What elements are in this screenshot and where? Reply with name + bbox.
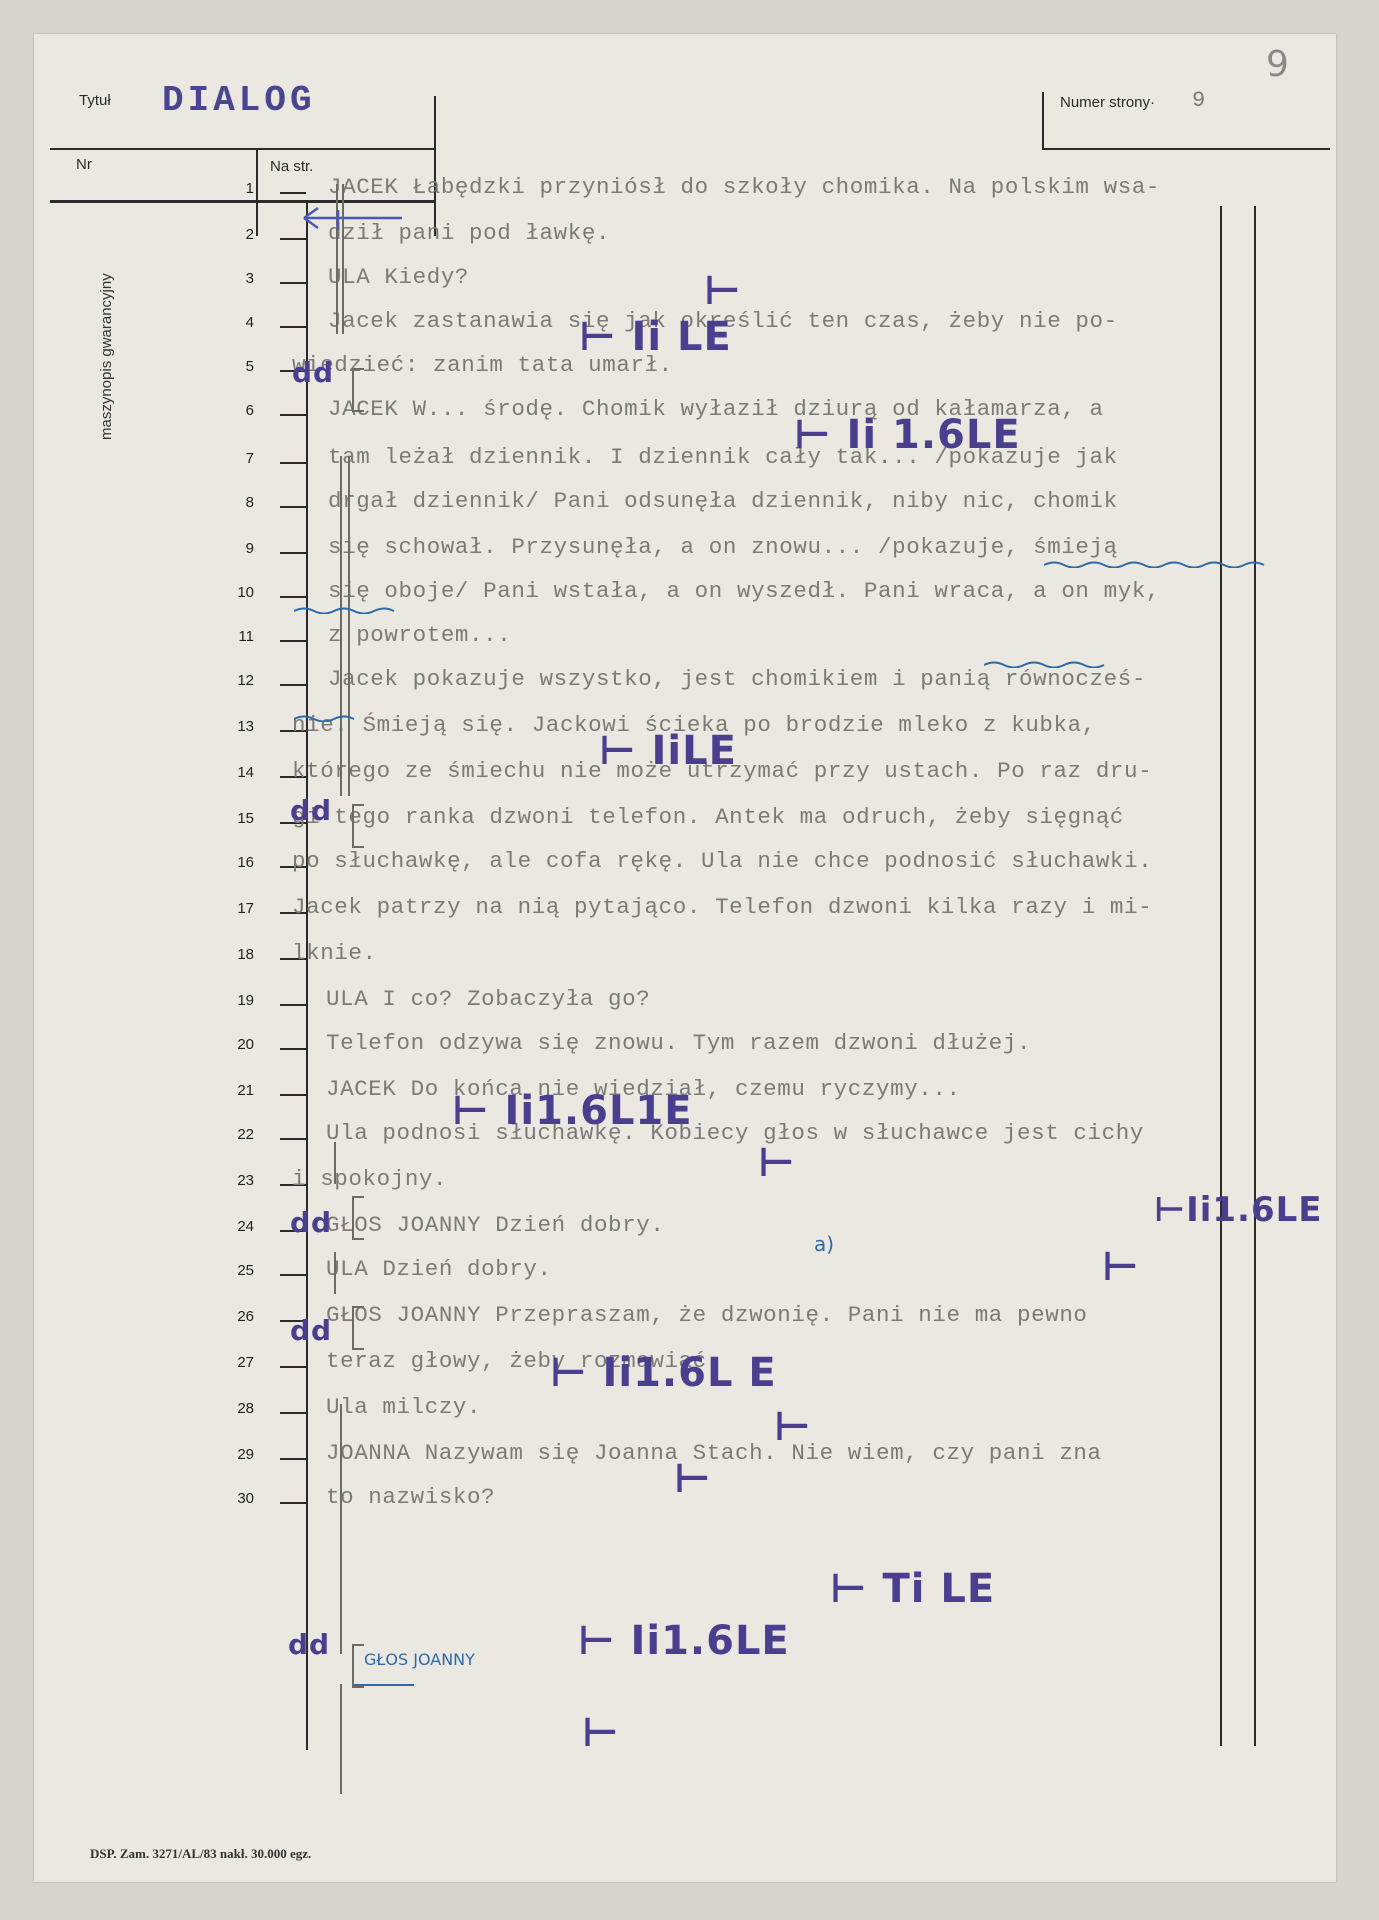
- typed-line: się schował. Przysunęła, a on znowu... /…: [328, 534, 1118, 560]
- margin-mark: dd: [290, 1314, 332, 1347]
- action-bracket: [352, 804, 364, 848]
- line-number: 15: [214, 810, 254, 827]
- typed-line: z powrotem...: [328, 622, 511, 648]
- dialogue-bracket: [334, 1142, 336, 1184]
- typed-line: gi tego ranka dzwoni telefon. Antek ma o…: [292, 804, 1124, 830]
- line-number: 1: [214, 180, 254, 197]
- margin-mark: dd: [288, 1628, 330, 1661]
- line-tick: [280, 1458, 306, 1460]
- line-number: 26: [214, 1308, 254, 1325]
- mark-l18: ⊢ Ii1.6L1E: [452, 1088, 693, 1134]
- dialogue-bracket: [334, 1252, 336, 1294]
- typed-line: Ula milczy.: [326, 1394, 481, 1420]
- nr-label: Nr: [76, 156, 92, 173]
- form-border: [50, 200, 436, 203]
- line-number: 8: [214, 494, 254, 511]
- line-number: 22: [214, 1126, 254, 1143]
- margin-mark: dd: [292, 356, 334, 389]
- line-tick: [280, 462, 306, 464]
- mark-l25: ⊢: [674, 1456, 712, 1502]
- line-tick: [280, 1094, 306, 1096]
- typed-line: się oboje/ Pani wstała, a on wyszedł. Pa…: [328, 578, 1160, 604]
- line-tick: [280, 1004, 306, 1006]
- line-number: 13: [214, 718, 254, 735]
- typed-line: ULA Dzień dobry.: [326, 1256, 552, 1282]
- typed-line: to nazwisko?: [326, 1484, 495, 1510]
- form-border: [50, 148, 436, 150]
- form-border: [434, 96, 436, 236]
- typed-line: Jacek pokazuje wszystko, jest chomikiem …: [328, 666, 1146, 692]
- strike-arrow-icon: [302, 204, 412, 234]
- line-number: 25: [214, 1262, 254, 1279]
- margin-mark: dd: [290, 794, 332, 827]
- document-page: Tytuł DIALOG Nr Na str. Numer strony· 9 …: [34, 34, 1336, 1882]
- line-number: 2: [214, 226, 254, 243]
- mark-l19: ⊢: [758, 1140, 796, 1186]
- line-number: 29: [214, 1446, 254, 1463]
- pencil-page-number: 9: [1266, 44, 1289, 85]
- line-number: 30: [214, 1490, 254, 1507]
- side-label: maszynopis gwarancyjny: [98, 273, 115, 440]
- typed-line: Telefon odzywa się znowu. Tym razem dzwo…: [326, 1030, 1031, 1056]
- line-number: 14: [214, 764, 254, 781]
- line-tick: [280, 596, 306, 598]
- line-number: 23: [214, 1172, 254, 1189]
- page-number-value: 9: [1192, 88, 1205, 113]
- line-tick: [280, 1366, 306, 1368]
- line-tick: [280, 506, 306, 508]
- mark-l3: ⊢ Ii LE: [579, 314, 732, 360]
- action-bracket: [352, 368, 364, 412]
- wavy-underline: [1044, 560, 1274, 568]
- line-number: 27: [214, 1354, 254, 1371]
- line-number: 17: [214, 900, 254, 917]
- line-number: 24: [214, 1218, 254, 1235]
- print-footer: DSP. Zam. 3271/AL/83 nakł. 30.000 egz.: [90, 1846, 311, 1862]
- action-bracket: [352, 1644, 364, 1688]
- mark-l21: ⊢: [1102, 1244, 1140, 1290]
- na-str-label: Na str.: [270, 158, 313, 175]
- mark-l11: ⊢ IiLE: [599, 728, 737, 774]
- mark-l24: ⊢: [774, 1404, 812, 1450]
- line-tick: [280, 238, 306, 240]
- line-number: 10: [214, 584, 254, 601]
- typed-line: ULA I co? Zobaczyła go?: [326, 986, 650, 1012]
- margin-mark: dd: [290, 1206, 332, 1239]
- mark-l20: ⊢Ii1.6LE: [1154, 1190, 1323, 1230]
- line-tick: [280, 414, 306, 416]
- title-stamp: DIALOG: [162, 80, 316, 121]
- typed-line: Jacek patrzy na nią pytająco. Telefon dz…: [292, 894, 1152, 920]
- line-number: 4: [214, 314, 254, 331]
- mark-l28: ⊢ Ii1.6LE: [578, 1618, 790, 1664]
- mark-l23: ⊢ Ii1.6L E: [550, 1350, 777, 1396]
- dialogue-bracket: [340, 1684, 342, 1794]
- wavy-underline: [294, 714, 360, 722]
- line-number: 19: [214, 992, 254, 1009]
- typed-line: JOANNA Nazywam się Joanna Stach. Nie wie…: [326, 1440, 1102, 1466]
- line-tick: [280, 192, 306, 194]
- action-bracket: [352, 1306, 364, 1350]
- line-number: 21: [214, 1082, 254, 1099]
- action-bracket: [352, 1196, 364, 1240]
- left-margin-rule: [306, 202, 308, 1750]
- line-number: 18: [214, 946, 254, 963]
- line-tick: [280, 326, 306, 328]
- title-label: Tytuł: [79, 92, 111, 109]
- right-margin-rule: [1254, 206, 1256, 1746]
- line-tick: [280, 1138, 306, 1140]
- typed-line: lknie.: [292, 940, 377, 966]
- mark-l5: ⊢ Ii 1.6LE: [794, 412, 1021, 458]
- line-tick: [280, 640, 306, 642]
- line-tick: [280, 1274, 306, 1276]
- line-tick: [280, 1502, 306, 1504]
- typed-line: ULA Kiedy?: [328, 264, 469, 290]
- line-number: 12: [214, 672, 254, 689]
- line-number: 5: [214, 358, 254, 375]
- insert-l28: GŁOS JOANNY: [364, 1650, 475, 1669]
- line-tick: [280, 684, 306, 686]
- wavy-underline: [294, 606, 404, 614]
- mark-l30: ⊢: [582, 1710, 620, 1756]
- mark-l27: ⊢ Ti LE: [830, 1566, 995, 1612]
- line-number: 28: [214, 1400, 254, 1417]
- line-number: 16: [214, 854, 254, 871]
- line-tick: [280, 552, 306, 554]
- typed-line: drgał dziennik/ Pani odsunęła dziennik, …: [328, 488, 1118, 514]
- line-number: 3: [214, 270, 254, 287]
- line-number: 6: [214, 402, 254, 419]
- line-tick: [280, 1412, 306, 1414]
- insert-l21: a): [814, 1232, 834, 1256]
- right-margin-rule: [1220, 206, 1222, 1746]
- dialogue-bracket: [348, 456, 350, 796]
- typed-line: po słuchawkę, ale cofa rękę. Ula nie chc…: [292, 848, 1152, 874]
- line-tick: [280, 1048, 306, 1050]
- line-number: 9: [214, 540, 254, 557]
- typed-line: JACEK Łabędzki przyniósł do szkoły chomi…: [328, 174, 1160, 200]
- form-border: [256, 148, 258, 236]
- dialogue-bracket: [340, 456, 342, 796]
- typed-line: GŁOS JOANNY Przepraszam, że dzwonię. Pan…: [326, 1302, 1088, 1328]
- typed-line: i spokojny.: [292, 1166, 447, 1192]
- strike-line: [354, 1684, 414, 1686]
- page-box-border: [1042, 92, 1044, 150]
- wavy-underline: [984, 660, 1114, 668]
- mark-l2: ⊢: [704, 268, 742, 314]
- line-tick: [280, 282, 306, 284]
- page-box-border: [1042, 148, 1330, 150]
- typed-line: GŁOS JOANNY Dzień dobry.: [326, 1212, 664, 1238]
- line-number: 7: [214, 450, 254, 467]
- page-number-label: Numer strony·: [1060, 94, 1155, 111]
- typed-line: Ula podnosi słuchawkę. Kobiecy głos w sł…: [326, 1120, 1144, 1146]
- dialogue-bracket: [340, 1404, 342, 1654]
- line-number: 20: [214, 1036, 254, 1053]
- line-number: 11: [214, 628, 254, 645]
